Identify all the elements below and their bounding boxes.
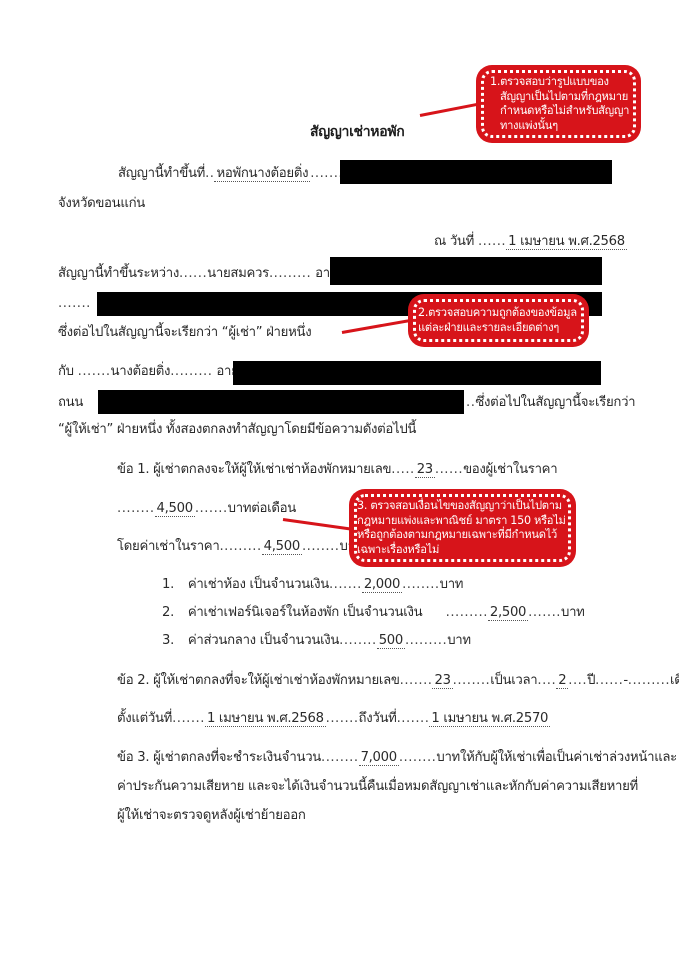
date-value: 1 เมษายน พ.ศ.2568 [506, 234, 627, 250]
annotation-line: 2.ตรวจสอบความถูกต้องของข้อมูล [418, 306, 577, 321]
annotation-callout-1: 1.ตรวจสอบว่ารูปแบบของ สัญญาเป็นไปตามที่ก… [478, 67, 639, 141]
clause-2: ข้อ 2. ผู้ให้เช่าตกลงที่จะให้ผู้เช่าเช่า… [117, 671, 679, 691]
years-unit: ปี [587, 673, 595, 688]
clause-3-line-3: ผู้ให้เช่าจะตรวจดูหลังผู้เช่าย้ายออก [117, 806, 306, 826]
clause-1-room: 23 [415, 462, 435, 478]
fee-amount: 2,500 [488, 605, 528, 621]
with-label: กับ [58, 364, 74, 379]
from-date: 1 เมษายน พ.ศ.2568 [205, 711, 326, 727]
clause-3-line-2: ค่าประกันความเสียหาย และจะได้เงินจำนวนนี… [117, 777, 638, 797]
clause-1-price: ........4,500.......บาทต่อเดือน [117, 499, 296, 519]
clause-1: ข้อ 1. ผู้เช่าตกลงจะให้ผู้ให้เช่าเช่าห้อ… [117, 460, 557, 480]
contract-page: สัญญาเช่าหอพัก สัญญานี้ทำขึ้นที่..หอพักน… [0, 0, 679, 960]
fee-unit: บาท [561, 605, 585, 620]
clause-3-text-b: บาทให้กับผู้ให้เช่าเพื่อเป็นค่าเช่าล่วงห… [436, 750, 677, 765]
breakdown-label: โดยค่าเช่าในราคา [117, 539, 219, 554]
annotation-callout-2: 2.ตรวจสอบความถูกต้องของข้อมูล แต่ละฝ่ายแ… [410, 296, 587, 345]
annotation-line: หรือถูกต้องตามกฎหมายเฉพาะที่มีกำหนดไว้ [357, 528, 566, 543]
annotation-line: ทางแพ่งนั้นๆ [490, 119, 629, 134]
clause-3: ข้อ 3. ผู้เช่าตกลงที่จะชำระเงินจำนวน....… [117, 748, 677, 768]
page-title: สัญญาเช่าหอพัก [310, 122, 404, 142]
fee-amount: 500 [377, 633, 405, 649]
fee-item-3: 3. ค่าส่วนกลาง เป็นจำนวนเงิน........500.… [162, 631, 471, 651]
fee-label: ค่าส่วนกลาง เป็นจำนวนเงิน [188, 633, 339, 648]
clause-2-period: ตั้งแต่วันที่.......1 เมษายน พ.ศ.2568...… [117, 709, 550, 729]
annotation-connector [342, 319, 411, 334]
landlord-line: กับ .......นางต้อยติ่ง......... อายุ [58, 362, 239, 382]
road-label: ถนน [58, 393, 83, 413]
annotation-line: กำหนดหรือไม่สำหรับสัญญา [490, 104, 629, 119]
landlord-suffix: ..ซึ่งต่อไปในสัญญานี้จะเรียกว่า [466, 393, 635, 413]
between-label: สัญญานี้ทำขึ้นระหว่าง [58, 266, 179, 281]
landlord-name: นางต้อยติ่ง [111, 364, 171, 379]
clause-3-amount: 7,000 [359, 750, 399, 766]
province: จังหวัดขอนแก่น [58, 194, 145, 214]
place-label: สัญญานี้ทำขึ้นที่ [118, 166, 205, 181]
clause-3-text: ข้อ 3. ผู้เช่าตกลงที่จะชำระเงินจำนวน [117, 750, 321, 765]
annotation-line: เฉพาะเรื่องหรือไม่ [357, 543, 566, 558]
redaction-bar [233, 361, 601, 385]
fee-unit: บาท [440, 577, 464, 592]
annotation-line: กฎหมายแพ่งและพาณิชย์ มาตรา 150 หรือไม่ [357, 514, 566, 529]
annotation-line: สัญญาเป็นไปตามที่กฎหมาย [490, 90, 629, 105]
redaction-bar [340, 160, 612, 184]
fee-num: 1. [162, 575, 184, 595]
duration-label: เป็นเวลา [490, 673, 537, 688]
breakdown-price: 4,500 [262, 539, 302, 555]
landlord-suffix-2: “ผู้ให้เช่า” ฝ่ายหนึ่ง ทั้งสองตกลงทำสัญญ… [58, 420, 416, 440]
annotation-line: แต่ละฝ่ายและรายละเอียดต่างๆ [418, 321, 577, 336]
redaction-bar [330, 257, 602, 285]
road-text: ถนน [58, 395, 83, 410]
redaction-bar [98, 390, 464, 414]
landlord-suffix-text: ซึ่งต่อไปในสัญญานี้จะเรียกว่า [475, 395, 635, 410]
fee-label: ค่าเช่าห้อง เป็นจำนวนเงิน [188, 577, 329, 592]
annotation-connector [283, 518, 353, 531]
contract-place: สัญญานี้ทำขึ้นที่..หอพักนางต้อยติ่ง.....… [118, 164, 371, 184]
months-unit: เดือน [670, 673, 679, 688]
contract-date: ณ วันที่ ......1 เมษายน พ.ศ.2568 [434, 232, 627, 252]
clause-1-text-b: ของผู้เช่าในราคา [463, 462, 557, 477]
date-label: ณ วันที่ [434, 234, 474, 249]
fee-label: ค่าเช่าเฟอร์นิเจอร์ในห้องพัก เป็นจำนวนเง… [188, 605, 422, 620]
clause-2-text: ข้อ 2. ผู้ให้เช่าตกลงที่จะให้ผู้เช่าเช่า… [117, 673, 400, 688]
annotation-line: 3. ตรวจสอบเงื่อนไขของสัญญาว่าเป็นไปตาม [357, 499, 566, 514]
annotation-line: 1.ตรวจสอบว่ารูปแบบของ [490, 75, 629, 90]
to-date: 1 เมษายน พ.ศ.2570 [429, 711, 550, 727]
years-value: 2 [556, 673, 568, 689]
annotation-connector [420, 103, 479, 117]
place-value: หอพักนางต้อยติ่ง [214, 166, 310, 182]
clause-2-room: 23 [432, 673, 452, 689]
dotted-leader: ....... [58, 294, 91, 314]
fee-item-1: 1. ค่าเช่าห้อง เป็นจำนวนเงิน.......2,000… [162, 575, 463, 595]
tenant-name: นายสมควร [207, 266, 269, 281]
tenant-line: สัญญานี้ทำขึ้นระหว่าง......นายสมควร.....… [58, 264, 347, 284]
to-label: ถึงวันที่ [359, 711, 397, 726]
tenant-suffix: ซึ่งต่อไปในสัญญานี้จะเรียกว่า “ผู้เช่า” … [58, 323, 311, 343]
clause-1-text: ข้อ 1. ผู้เช่าตกลงจะให้ผู้ให้เช่าเช่าห้อ… [117, 462, 391, 477]
fee-num: 3. [162, 631, 184, 651]
fee-num: 2. [162, 603, 184, 623]
from-label: ตั้งแต่วันที่ [117, 711, 172, 726]
fee-unit: บาท [447, 633, 471, 648]
fee-item-2: 2. ค่าเช่าเฟอร์นิเจอร์ในห้องพัก เป็นจำนว… [162, 603, 585, 623]
annotation-callout-3: 3. ตรวจสอบเงื่อนไขของสัญญาว่าเป็นไปตาม ก… [351, 491, 574, 565]
fee-amount: 2,000 [362, 577, 402, 593]
per-month: บาทต่อเดือน [228, 501, 296, 516]
clause-1-price-value: 4,500 [155, 501, 195, 517]
